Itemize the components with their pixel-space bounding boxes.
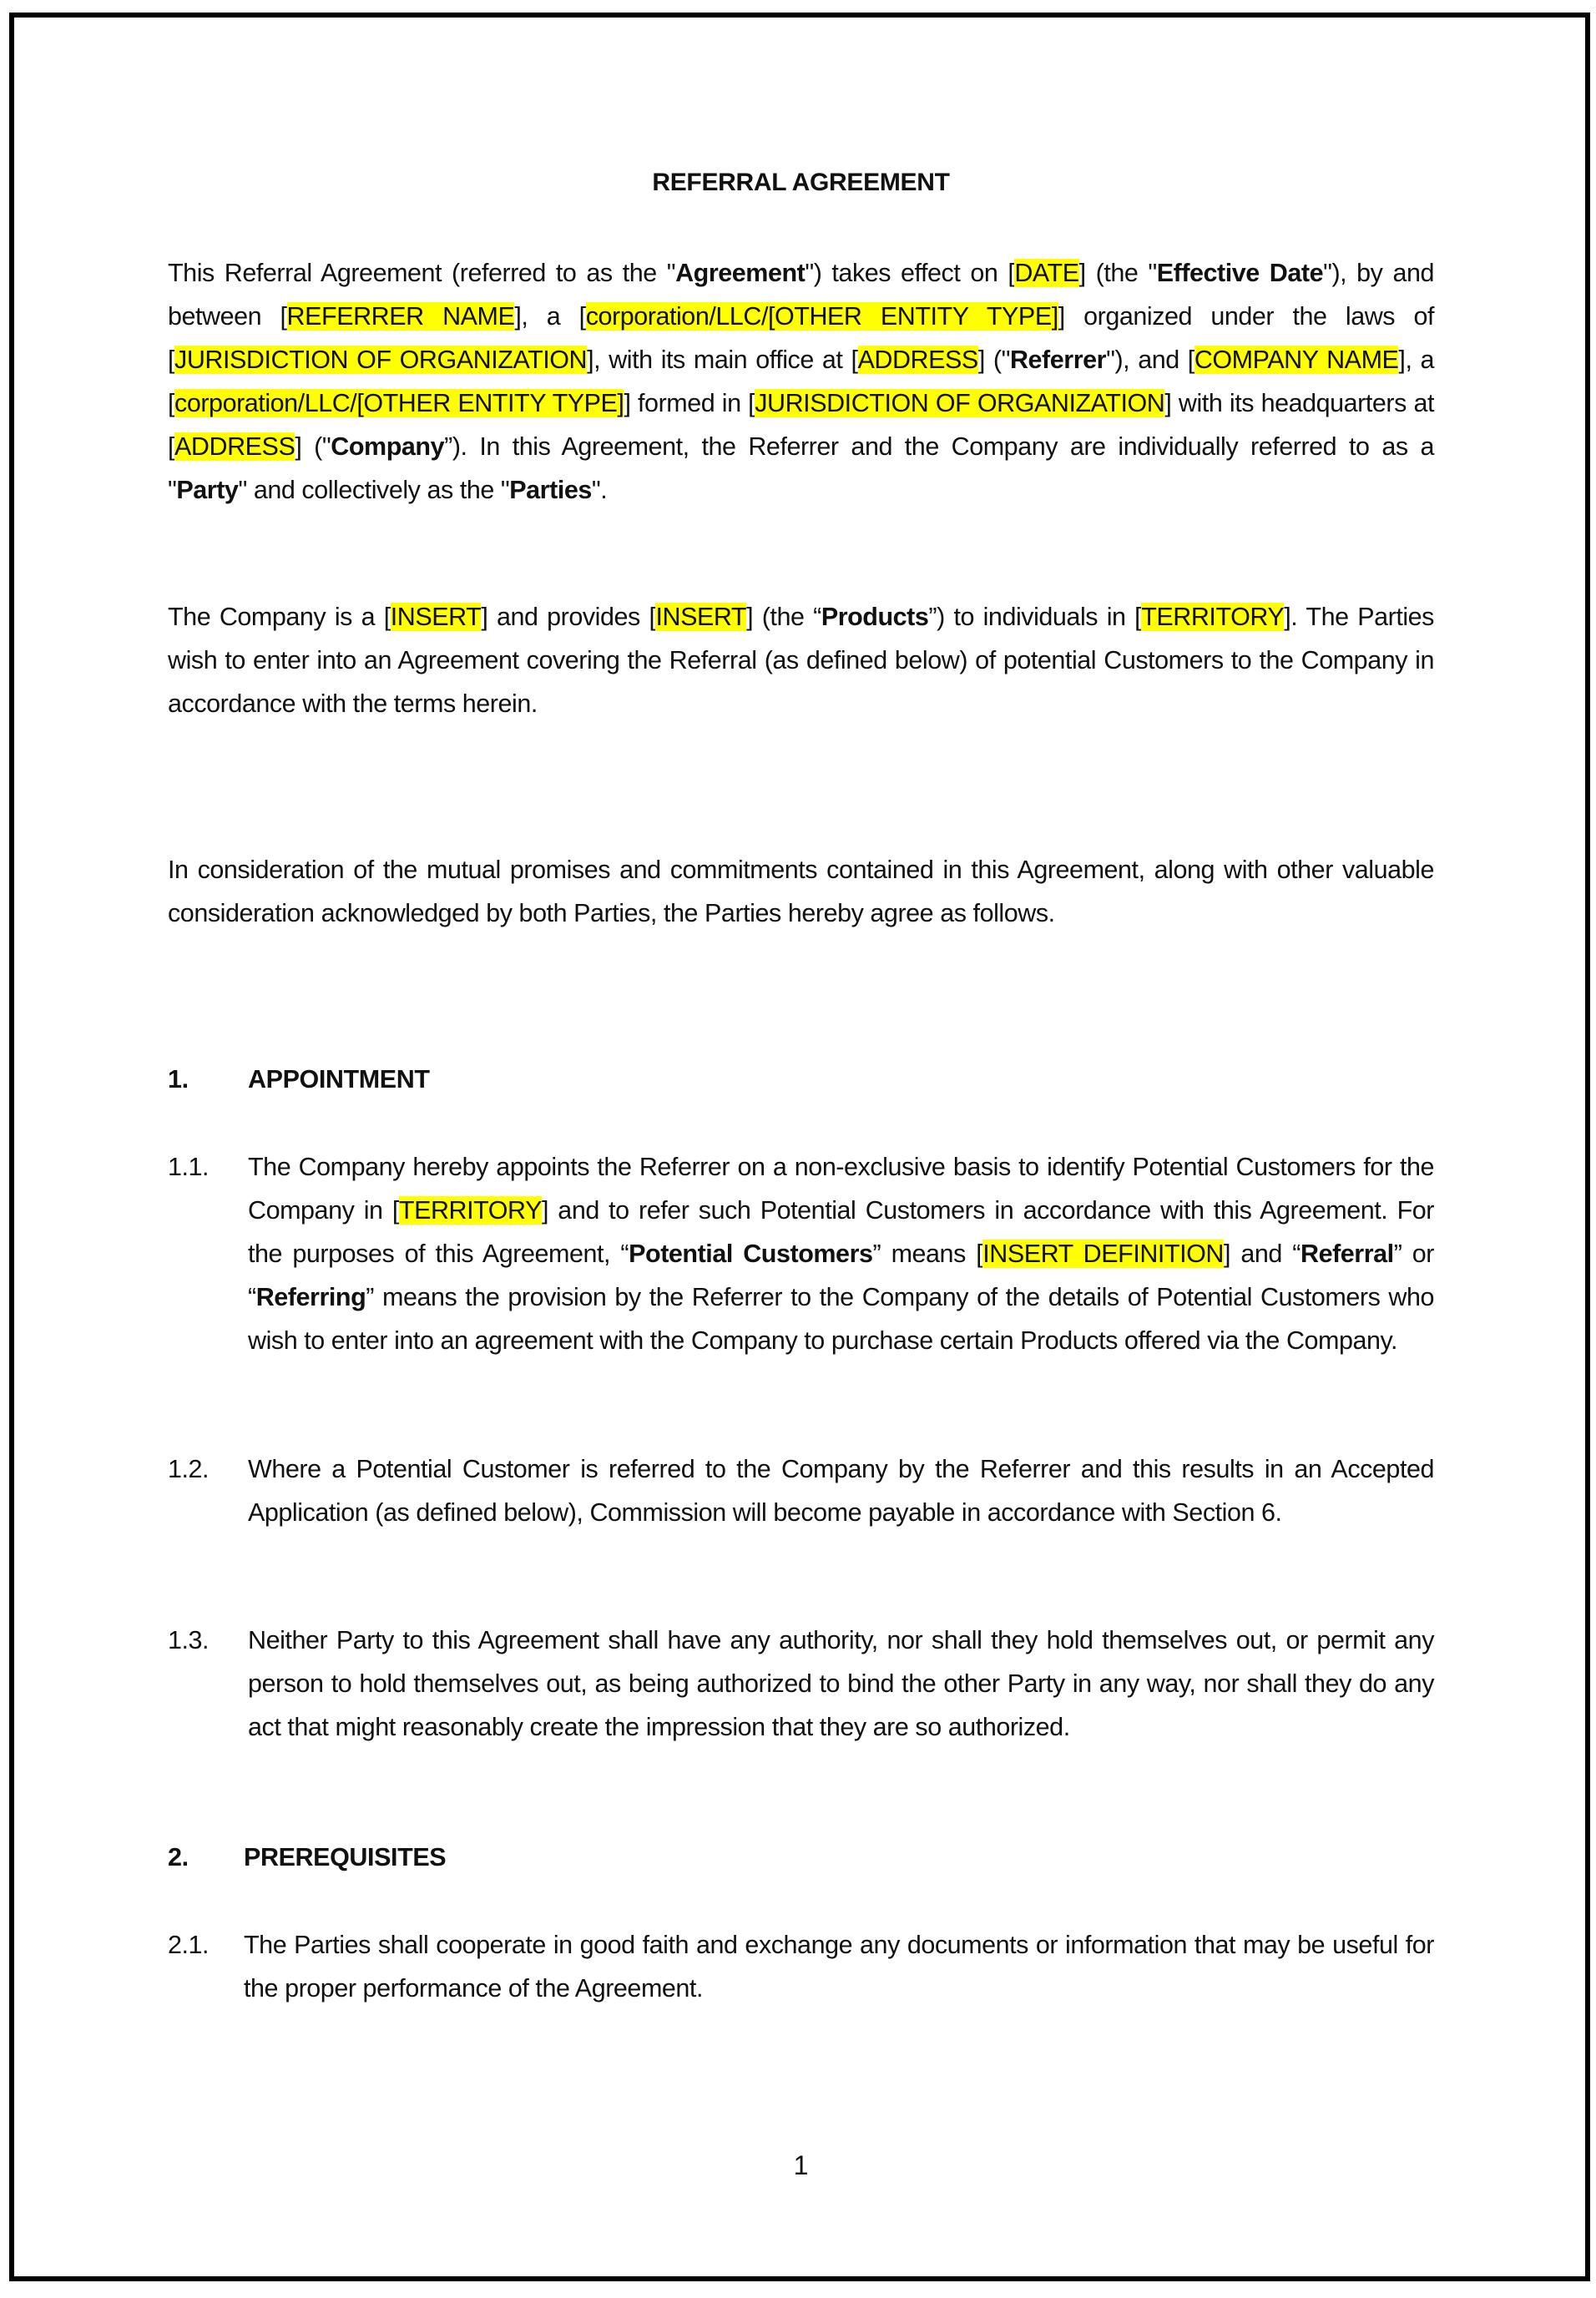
- placeholder-field: DATE: [1014, 259, 1078, 287]
- placeholder-field: TERRITORY: [1141, 603, 1284, 631]
- clause-number: 1.1.: [168, 1145, 209, 1189]
- section-title: APPOINTMENT: [248, 1065, 430, 1093]
- placeholder-field: INSERT: [391, 603, 482, 631]
- defined-term: Party: [176, 476, 238, 504]
- defined-term: Referral: [1301, 1240, 1394, 1268]
- section-number: 2.: [168, 1836, 244, 1879]
- section-heading-prerequisites: 2.PREREQUISITES: [168, 1836, 446, 1879]
- defined-term: Effective Date: [1157, 259, 1323, 287]
- clause-number: 2.1.: [168, 1923, 209, 1967]
- placeholder-field: corporation/LLC/[OTHER ENTITY TYPE]: [174, 389, 624, 417]
- clause-text: The Company hereby appoints the Referrer…: [248, 1145, 1434, 1362]
- defined-term: Parties: [509, 476, 592, 504]
- placeholder-field: COMPANY NAME: [1194, 346, 1399, 374]
- placeholder-field: INSERT DEFINITION: [982, 1240, 1224, 1268]
- section-heading-appointment: 1.APPOINTMENT: [168, 1058, 430, 1101]
- clause-1-3: 1.3. Neither Party to this Agreement sha…: [168, 1619, 1434, 1749]
- section-title: PREREQUISITES: [244, 1843, 446, 1871]
- clause-1-1: 1.1. The Company hereby appoints the Ref…: [168, 1145, 1434, 1362]
- intro-paragraph: This Referral Agreement (referred to as …: [168, 251, 1434, 512]
- placeholder-field: JURISDICTION OF ORGANIZATION: [174, 346, 587, 374]
- placeholder-field: INSERT: [655, 603, 746, 631]
- defined-term: Company: [331, 432, 444, 461]
- page-number: 1: [168, 2150, 1434, 2181]
- clause-number: 1.2.: [168, 1447, 209, 1491]
- placeholder-field: REFERRER NAME: [287, 302, 515, 331]
- defined-term: Referring: [256, 1283, 366, 1311]
- clause-text: Where a Potential Customer is referred t…: [248, 1447, 1434, 1534]
- placeholder-field: ADDRESS: [858, 346, 978, 374]
- placeholder-field: ADDRESS: [174, 432, 295, 461]
- defined-term: Referrer: [1010, 346, 1106, 374]
- recital-paragraph: The Company is a [INSERT] and provides […: [168, 595, 1434, 725]
- placeholder-field: corporation/LLC/[OTHER ENTITY TYPE]: [586, 302, 1058, 331]
- placeholder-field: TERRITORY: [399, 1196, 542, 1225]
- placeholder-field: JURISDICTION OF ORGANIZATION: [755, 389, 1164, 417]
- document-title: REFERRAL AGREEMENT: [168, 169, 1434, 197]
- defined-term: Potential Customers: [629, 1240, 872, 1268]
- defined-term: Products: [821, 603, 929, 631]
- clause-text: Neither Party to this Agreement shall ha…: [248, 1619, 1434, 1749]
- clause-text: The Parties shall cooperate in good fait…: [244, 1923, 1434, 2010]
- clause-2-1: 2.1. The Parties shall cooperate in good…: [168, 1923, 1434, 2010]
- consideration-paragraph: In consideration of the mutual promises …: [168, 848, 1434, 935]
- clause-1-2: 1.2. Where a Potential Customer is refer…: [168, 1447, 1434, 1534]
- defined-term: Agreement: [675, 259, 805, 287]
- clause-number: 1.3.: [168, 1619, 209, 1662]
- section-number: 1.: [168, 1058, 248, 1101]
